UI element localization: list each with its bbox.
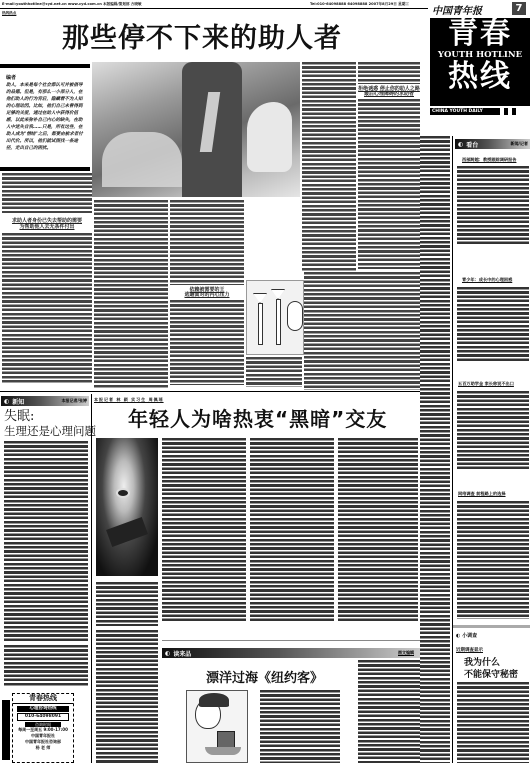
second-body-col2 (250, 438, 334, 623)
side-body-2 (457, 287, 529, 362)
paper-name: 中国青年报 (432, 2, 482, 17)
small-kicker: 近期调查显示 (456, 647, 483, 653)
masthead-title-top: 青春 (430, 18, 530, 50)
culture-illustration (186, 690, 248, 763)
section-icon: ◐ (458, 141, 463, 148)
side-body-1 (457, 166, 529, 244)
masthead: 中国青年报 7 青春 YOUTH HOTLINE 热线 CHINA YOUTH … (430, 0, 530, 135)
small-body (457, 682, 529, 763)
editor-rule-bottom (0, 167, 90, 171)
header-contact: E-mail:youthhotline@cyd.net.cn www.cyd.c… (2, 2, 142, 7)
hotline-side-bar (2, 700, 10, 760)
section-tag: 热线热点 (2, 11, 16, 16)
left-section-label: 新知 (12, 397, 24, 406)
main-photo-hands (92, 62, 300, 197)
masthead-footer: CHINA YOUTH DAILY (430, 108, 530, 115)
subhead: 求助人者身份已失去帮助的需要 (2, 219, 92, 223)
editor-note: 助人，本来是每个社会都认可并被倡导的品德。但是，有那么一小部分人，在他们助人的行… (6, 82, 86, 164)
header-rule (0, 8, 428, 9)
culture-section-label: 读来品 (173, 649, 191, 658)
second-body-col3 (338, 438, 418, 623)
small-section-label: ◐ 小调查 (456, 632, 477, 639)
overflow-text-col (420, 136, 450, 763)
small-headline-2: 不能保守秘密 (464, 667, 518, 680)
page-number: 7 (512, 2, 526, 15)
subhead: 为帮助他人去无条件付出 (2, 225, 92, 229)
side-section-label: 看台 (466, 140, 478, 149)
second-headline: 年轻人为啥热衷“黑暗”交友 (128, 403, 387, 432)
second-body-col0 (96, 630, 158, 763)
hotline-phone: 010-64098091 (17, 713, 69, 721)
second-body-col1 (162, 438, 246, 623)
section-icon: ◐ (4, 398, 9, 405)
side-headline-2: 青少年：成长中的心理困惑 (462, 277, 512, 283)
main-body-col2 (94, 200, 168, 388)
culture-rule (162, 640, 420, 641)
second-photo-caption (96, 582, 158, 626)
left-body-text-2 (4, 645, 88, 687)
section-icon: ◐ (165, 650, 170, 657)
main-body-col3: 依赖被需要的王 逃避面对的内心压力 (170, 200, 244, 388)
masthead-title-bottom: 热线 (430, 60, 530, 94)
second-photo-dark (96, 438, 158, 576)
left-headline-line2: 生理还是心理问题 (4, 424, 96, 438)
header-date: Tel:010-64098888 64098888 2007年8月29日 星期三 (310, 2, 409, 7)
side-column-rule (452, 136, 453, 763)
subhead: 最后心理障碍的求助者 (358, 92, 420, 96)
culture-body-col2 (358, 660, 420, 763)
cartoon-caption (246, 357, 302, 387)
left-section-bar: ◐ 新知 本报记者/张婷 (1, 396, 89, 406)
culture-headline: 漂洋过海《纽约客》 (206, 667, 323, 686)
side-section-bar: ◐ 看台 新闻/记者 (455, 139, 530, 149)
hotline-box: 青春热线 心理咨询热线 010-64098091 咨询时间 每周一至周五 9:0… (12, 693, 74, 763)
left-headline-line1: 失眠: (4, 410, 34, 424)
editor-rule-top (0, 64, 90, 68)
side-body-3 (457, 391, 529, 471)
left-section-author: 本报记者/张婷 (62, 398, 87, 404)
culture-section-bar: ◐ 读来品 图文编辑 (162, 648, 420, 658)
hotline-contact: 杨 老 师 (13, 745, 73, 751)
editor-note-label: 编者 (6, 74, 16, 81)
main-body-col4 (302, 62, 356, 272)
section-divider (0, 391, 420, 392)
side-body-4 (457, 501, 529, 619)
subhead: 逃避面对的内心压力 (170, 293, 244, 297)
column-rule (91, 394, 92, 763)
hotline-service: 心理咨询热线 (17, 706, 69, 712)
culture-section-right: 图文编辑 (398, 650, 414, 656)
main-headline: 那些停不下来的助人者 (62, 16, 342, 55)
left-body-text (4, 441, 88, 641)
culture-body-col1 (260, 690, 340, 763)
section-icon: ◐ (456, 633, 460, 639)
main-body-col6 (304, 272, 420, 390)
side-divider (453, 625, 530, 628)
cartoon-figures (246, 280, 304, 355)
main-body-col5: 拒绝诱惑 停止你的助人之路 最后心理障碍的求助者 (358, 62, 420, 272)
hotline-title: 青春热线 (13, 694, 73, 704)
side-headline-3: 五百万助学金 家长称说不出口 (458, 381, 514, 387)
side-section-right: 新闻/记者 (511, 141, 528, 147)
side-headline-4: 网络调查 前程路上的选择 (458, 491, 506, 497)
small-section-text: 小调查 (462, 633, 477, 639)
main-body-col1: 求助人者身份已失去帮助的需要 为帮助他人去无条件付出 (2, 173, 92, 385)
side-headline-1: 西部跨越：教授跟踪调研报告 (462, 157, 516, 163)
